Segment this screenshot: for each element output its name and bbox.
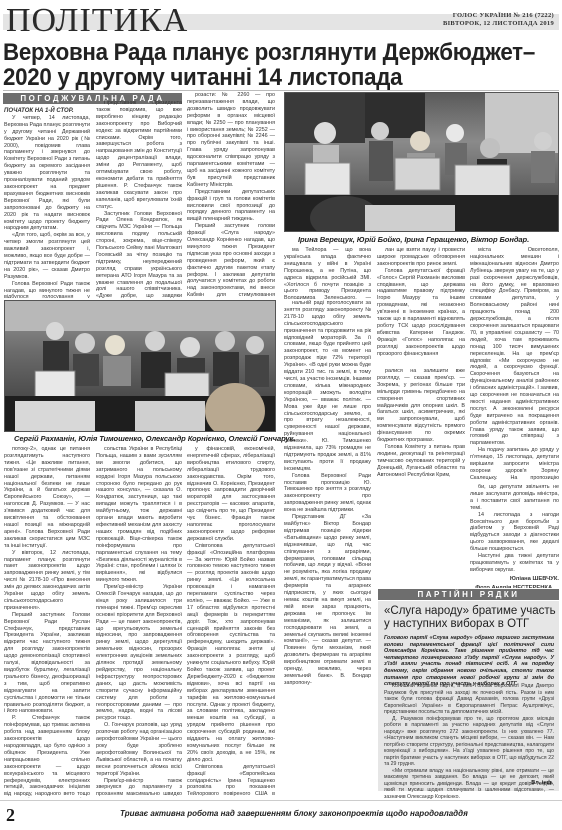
sidebar-section-label: ПАРТІЙНІ РЯДКИ	[378, 589, 559, 600]
issue-date: ВІВТОРОК, 12 ЛИСТОПАДА 2019	[443, 20, 554, 28]
photo-session-deputies	[284, 92, 559, 232]
text-column-2: Представник Президента також повідомив, …	[96, 100, 182, 298]
sidebar-body: Колишній керівник партії, а нині Голова …	[384, 683, 554, 800]
photo-image-icon	[285, 93, 559, 232]
text-column-lower-4: нальній раді проголосувати за зняття роз…	[284, 300, 371, 798]
text-column-lower-3: у фінансовій, економічній, енергетичній …	[187, 446, 275, 798]
newspaper-page: ПОЛІТИКА ГОЛОС УКРАЇНИ № 216 (7222) ВІВТ…	[0, 0, 562, 830]
issue-info: ГОЛОС УКРАЇНИ № 216 (7222) ВІВТОРОК, 12 …	[443, 12, 554, 28]
text-column-3: розасти: № 2260 — про перезавантаження в…	[187, 92, 275, 298]
section-rubric: ПОЛІТИКА	[6, 4, 188, 38]
sidebar-lead: Головою партії «Слуга народу» обрано пер…	[384, 635, 554, 688]
footer-teaser: Триває активна робота над завершенням бл…	[120, 809, 468, 818]
article-headline: Верховна Рада планує розглянути Держбюдж…	[3, 40, 561, 90]
text-column-1: ПОЧАТОК НА 1-Й СТОР. У четвер, 14 листоп…	[4, 106, 90, 298]
text-column-lower-1: потоку-2», однак це питання розглядатиму…	[4, 446, 90, 798]
divider	[3, 90, 559, 91]
photo-image-icon	[5, 301, 276, 432]
issue-number: ГОЛОС УКРАЇНИ № 216 (7222)	[443, 12, 554, 20]
photo-caption-1: Ірина Верещук, Юрій Бойко, Ірина Геращен…	[298, 235, 529, 244]
photo-caption-2: Сергій Рахманін, Юлія Тимошенко, Олексан…	[14, 434, 295, 443]
text-column-lower-2: сольства України в Республіці Польща, на…	[96, 446, 182, 798]
text-column-lower-6: би, що депутати звільнять не лише заслух…	[470, 484, 559, 588]
text-column-4: ма Тейлора — що вона українська влада фа…	[284, 247, 371, 299]
sidebar-title: «Слуга народу» братиме участь у наступни…	[384, 605, 556, 630]
sidebar-source: Вл. інф.	[531, 780, 553, 786]
author-signature: Юліана ШЕВЧУК.	[470, 576, 559, 583]
continued-kicker: ПОЧАТОК НА 1-Й СТОР.	[4, 108, 90, 115]
sidebar-article: «Слуга народу» братиме участь у наступни…	[378, 601, 559, 791]
text-column-6: міста Овсетополя, національних меншин і …	[470, 247, 559, 481]
photo-credit: Фото Андрія НЕСТЕРЕНКА.	[470, 585, 559, 588]
text-column-5: лан ще взяти паузу і провести широке гро…	[377, 247, 465, 365]
page-number: 2	[6, 805, 15, 826]
photo-session-leaders	[4, 300, 276, 432]
text-column-lower-5: ралися на залишити вже розгляду, — сказа…	[377, 368, 465, 586]
page-footer: 2 Триває активна робота над завершенням …	[0, 800, 562, 830]
